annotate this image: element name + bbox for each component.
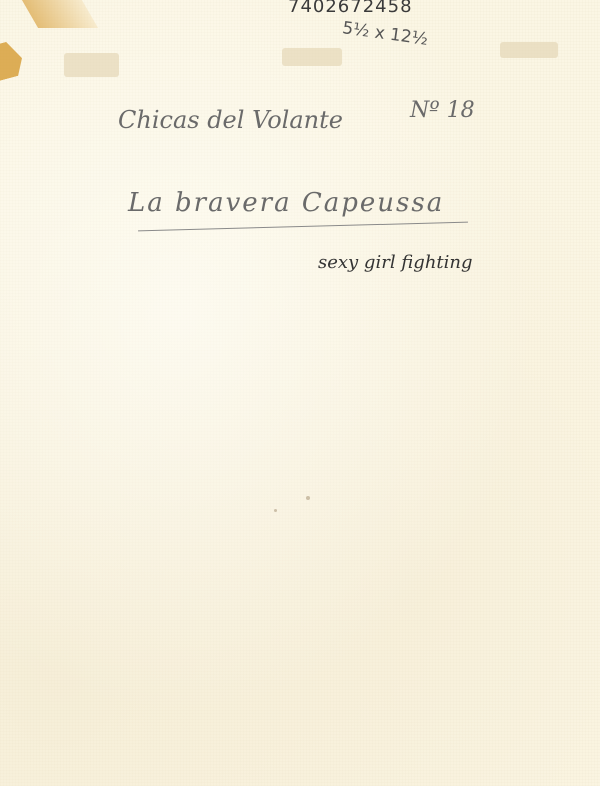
tape-residue [64,53,119,77]
print-dimensions: 5½ x 12½ [341,18,429,50]
series-number: Nº 18 [410,98,475,123]
tape-residue [500,42,558,58]
title-underline [138,222,468,232]
tape-mark [22,0,98,28]
series-title: Chicas del Volante [118,106,343,134]
photo-title: La bravera Capeussa [128,188,444,218]
photo-back-paper: 7402672458 5½ x 12½ Chicas del Volante N… [0,0,600,786]
photo-description: sexy girl fighting [318,252,473,273]
tape-mark [0,39,26,81]
stain-spot [274,509,277,512]
stain-spot [306,496,310,500]
tape-residue [282,48,342,66]
catalog-number: 7402672458 [288,0,413,17]
